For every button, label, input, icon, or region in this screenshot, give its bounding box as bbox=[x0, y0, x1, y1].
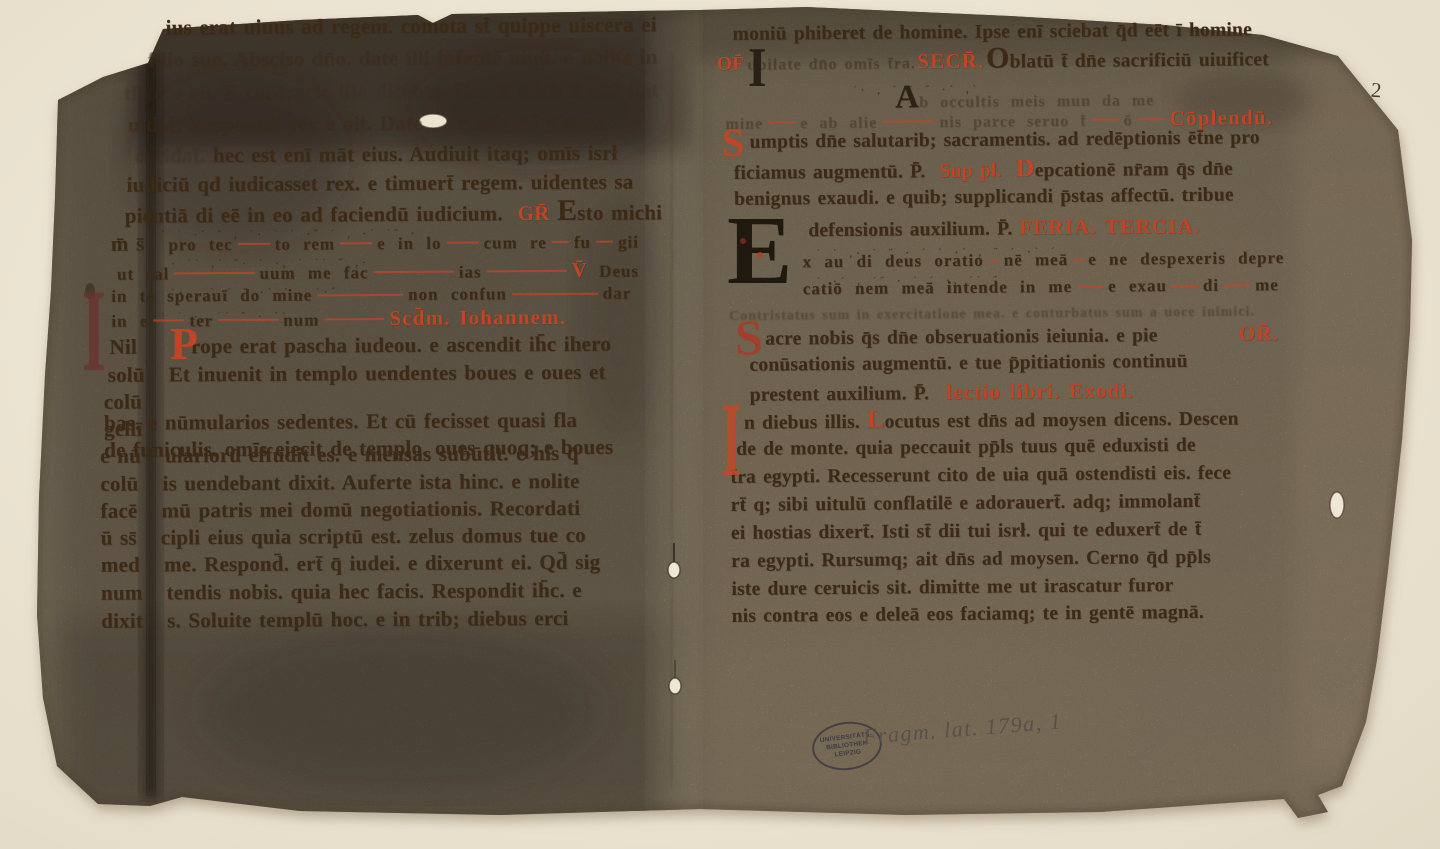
manuscript-text: acre nobis q̄s dn̄e obseruationis ieiuni… bbox=[765, 326, 1157, 349]
manuscript-text: ocutus est dn̄s ad moysen dicens. Descen bbox=[884, 408, 1238, 432]
initial-i-indiebus: I bbox=[721, 398, 742, 483]
manuscript-text: benignus exaudi. e quib; supplicandi p̄s… bbox=[734, 185, 1234, 210]
initial-s-sumptis: S bbox=[722, 127, 744, 159]
chant-staff-line bbox=[1138, 116, 1165, 122]
chant-staff-line bbox=[1073, 256, 1083, 262]
manuscript-text: ubilate dn̄o omīs t̄ra. bbox=[747, 56, 915, 73]
manuscript-text: e ne despexeris depre bbox=[1088, 249, 1284, 268]
manuscript-text: blatū t̄ dn̄e sacrificiū uiuificet bbox=[1010, 50, 1269, 72]
manuscript-text: n diebus illis. bbox=[744, 412, 867, 434]
manuscript-text: conūsationis augmentū. e tue p̄pitiation… bbox=[749, 351, 1187, 376]
rubric-text: SECR̄. bbox=[917, 51, 984, 73]
manuscript-text: D bbox=[1016, 153, 1035, 182]
manuscript-text: iste dure ceruicis sit. dimitte me ut ir… bbox=[731, 575, 1173, 600]
chant-staff-line bbox=[882, 118, 934, 124]
chant-staff-line bbox=[768, 119, 795, 125]
text-line: t̄ra egypti. Recesserunt cito de uia quā… bbox=[730, 463, 1275, 487]
manuscript-text: e exau bbox=[1108, 277, 1167, 295]
chant-staff-line bbox=[989, 257, 999, 263]
initial-p-prope: P bbox=[170, 326, 198, 363]
manuscript-text: umptis dn̄e salutarib; sacramentis. ad r… bbox=[749, 127, 1259, 152]
initial-ornament-dot bbox=[757, 252, 763, 258]
text-line: ei hostias dixert̄. Isti st̄ dii tui isr… bbox=[731, 519, 1279, 543]
text-line: ficiamus augmentū. P̄. Sup p̄ł. Depcatio… bbox=[734, 157, 1279, 183]
initial-ornament-dot bbox=[740, 238, 746, 244]
initial-s-sacre: S bbox=[735, 317, 763, 357]
rubric-text: Sup p̄ł. bbox=[925, 160, 1015, 182]
right-page-text: moniū phiberet de homine. Ipse enī scieb… bbox=[0, 0, 1440, 849]
rubric-text: lectio libri. Exodi. bbox=[929, 378, 1134, 404]
manuscript-text: O bbox=[986, 47, 1010, 68]
text-line: Contristatus sum in exercitatione mea. e… bbox=[729, 300, 1281, 324]
text-line: benignus exaudi. e quib; supplicandi p̄s… bbox=[734, 185, 1279, 209]
rubric-text: FERIA. TERCIA. bbox=[1019, 216, 1200, 239]
text-line: catiō nem meā intende in mee exaudime bbox=[803, 276, 1279, 297]
text-line: nis contra eos e deleā eos faciamq; te i… bbox=[732, 602, 1274, 626]
manuscript-text: catiō nem meā intende in me bbox=[803, 278, 1072, 297]
folio-number: 2 bbox=[1370, 78, 1382, 104]
text-line: defensionis auxilium. P̄.FERIA. TERCIA. bbox=[808, 216, 1200, 241]
manuscript-text: prestent auxilium. P̄. bbox=[750, 383, 930, 406]
manuscript-text: de de monte. quia peccauit pp̄ls tuus qu… bbox=[736, 435, 1196, 460]
text-line: iste dure ceruicis sit. dimitte me ut ir… bbox=[731, 575, 1251, 599]
chant-staff-line bbox=[1092, 116, 1119, 122]
manuscript-text: ficiamus augmentū. P̄. bbox=[734, 161, 926, 184]
manuscript-text: nē meā bbox=[1004, 251, 1069, 269]
text-line: n diebus illis. Locutus est dn̄s ad moys… bbox=[744, 407, 1280, 433]
manuscript-text: epcationē nr̄am q̄s dn̄e bbox=[1035, 159, 1233, 182]
stamp-line: LEIPZIG bbox=[834, 748, 861, 759]
manuscript-text: t̄ra egypti. Recesserunt cito de uia quā… bbox=[730, 463, 1231, 488]
text-line: prestent auxilium. P̄. lectio libri. Exo… bbox=[750, 380, 1210, 406]
manuscript-text: ō bbox=[1124, 113, 1133, 129]
manuscript-text: me bbox=[1255, 276, 1279, 293]
manuscript-text: defensionis auxilium. P̄. bbox=[808, 219, 1012, 240]
text-line: de de monte. quia peccauit pp̄ls tuus qu… bbox=[736, 435, 1266, 459]
text-line: conūsationis augmentū. e tue p̄pitiation… bbox=[749, 352, 1229, 376]
rubric-text: Cōplendū. bbox=[1170, 107, 1274, 129]
manuscript-text: nis contra eos e deleā eos faciamq; te i… bbox=[732, 602, 1204, 627]
text-line: rt̄ q; sibi uitulū conflatilē e adorauer… bbox=[731, 491, 1276, 515]
manuscript-text: di bbox=[1203, 277, 1219, 294]
manuscript-text: x au di deus oratio bbox=[803, 252, 984, 271]
text-line: OF̄ubilate dn̄o omīs t̄ra.SECR̄.Oblatū t… bbox=[717, 45, 1269, 74]
manuscript-text: A bbox=[895, 86, 919, 109]
text-line: ra egypti. Rursumq; ait dn̄s ad moysen. … bbox=[731, 547, 1273, 571]
chant-staff-line bbox=[1172, 282, 1198, 288]
rubric-text: OR̄. bbox=[1239, 323, 1280, 344]
text-line: acre nobis q̄s dn̄e obseruationis ieiuni… bbox=[765, 323, 1279, 349]
initial-i-iubilate: I bbox=[748, 46, 767, 91]
chant-staff-line bbox=[1077, 283, 1103, 289]
initial-i-margin: I bbox=[82, 284, 106, 378]
manuscript-text: Contristatus sum in exercitatione mea. e… bbox=[729, 304, 1255, 324]
rubric-text: OF̄ bbox=[717, 55, 745, 75]
photograph-stage: ius erat uiuus ad regem. comota st̄ quip… bbox=[0, 0, 1440, 849]
manuscript-text: rt̄ q; sibi uitulū conflatilē e adorauer… bbox=[731, 491, 1201, 516]
chant-staff-line bbox=[1224, 282, 1250, 288]
manuscript-text: ei hostias dixert̄. Isti st̄ dii tui isr… bbox=[731, 519, 1202, 544]
manuscript-text: ra egypti. Rursumq; ait dn̄s ad moysen. … bbox=[731, 547, 1211, 572]
manuscript-text: L bbox=[867, 405, 885, 434]
text-line: umptis dn̄e salutarib; sacramentis. ad r… bbox=[749, 128, 1269, 152]
